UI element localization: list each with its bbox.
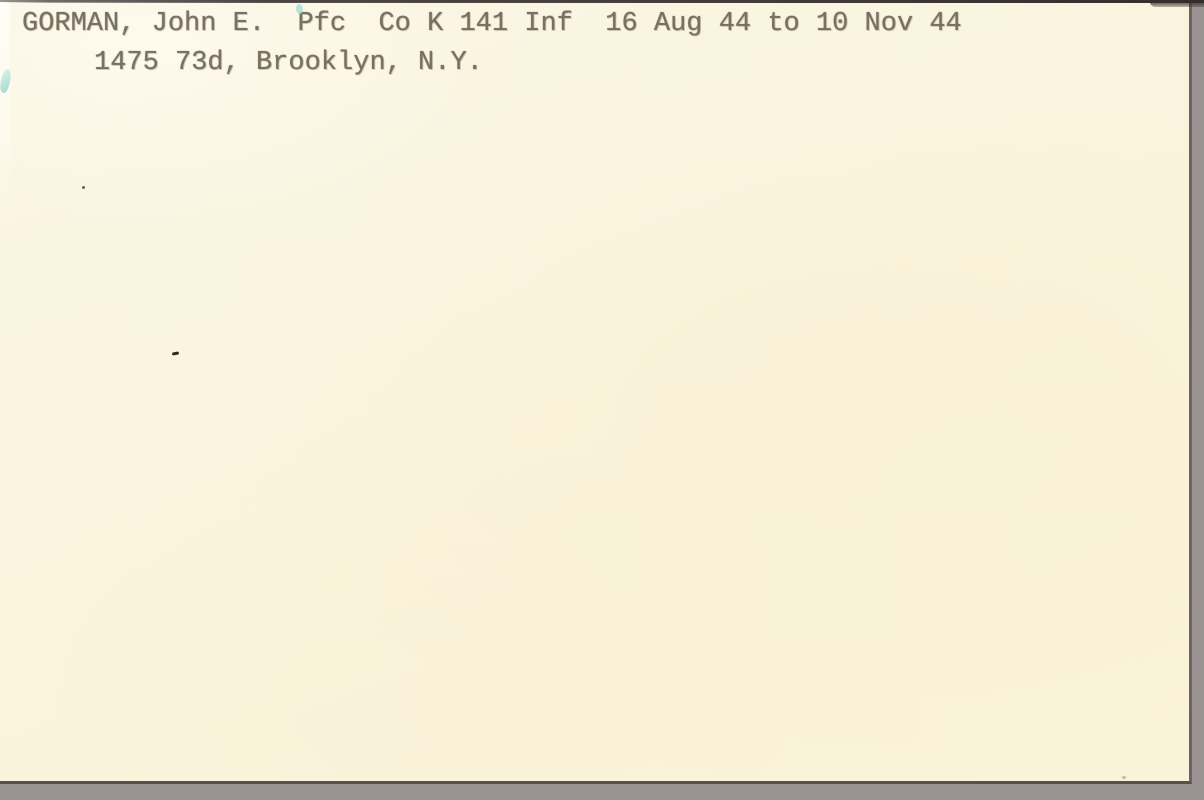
scan-top-edge-line bbox=[0, 0, 1204, 3]
scanned-image: GORMAN, John E. Pfc Co K 141 Inf 16 Aug … bbox=[0, 0, 1204, 800]
scanner-bed: { "card": { "kind": "typewritten index c… bbox=[0, 0, 1204, 800]
scan-corner-shadow bbox=[1150, 0, 1204, 7]
card-edge-highlight bbox=[0, 2, 10, 222]
teal-fiber-speck-top bbox=[296, 4, 303, 14]
index-card: GORMAN, John E. Pfc Co K 141 Inf 16 Aug … bbox=[0, 2, 1192, 784]
faint-speck-bottom-right bbox=[1122, 776, 1126, 779]
typewritten-line-name-unit-dates: GORMAN, John E. Pfc Co K 141 Inf 16 Aug … bbox=[22, 9, 962, 40]
dark-ink-speck bbox=[172, 351, 179, 355]
typewritten-line-address: 1475 73d, Brooklyn, N.Y. bbox=[94, 48, 483, 79]
tiny-dot-speck bbox=[82, 186, 85, 189]
